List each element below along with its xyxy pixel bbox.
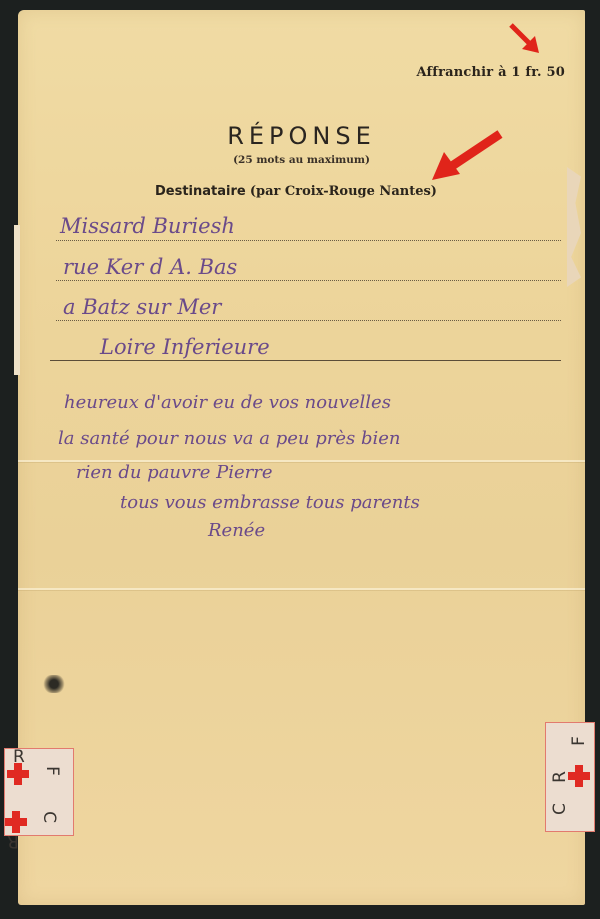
red-cross-icon <box>568 765 590 787</box>
recipient-label: Destinataire <box>155 184 246 199</box>
address-rule <box>56 240 561 241</box>
ink-stain <box>43 675 65 693</box>
torn-edge <box>14 225 20 375</box>
seal-letter: F <box>569 736 589 746</box>
recipient-note: (par Croix-Rouge Nantes) <box>250 184 437 199</box>
address-rule <box>56 280 561 281</box>
address-line: Loire Inferieure <box>100 335 270 359</box>
address-line: Missard Buriesh <box>60 214 235 238</box>
message-line: la santé pour nous va a peu près bien <box>58 428 400 449</box>
recipient-heading: Destinataire (par Croix-Rouge Nantes) <box>155 184 437 199</box>
seal-letter: R <box>13 747 25 767</box>
message-line: heureux d'avoir eu de vos nouvelles <box>64 392 391 413</box>
seal-letter: R <box>7 831 19 851</box>
seal-letter: C <box>39 811 59 823</box>
postage-note: Affranchir à 1 fr. 50 <box>416 65 565 80</box>
red-cross-seal-label: C R <box>4 787 74 836</box>
seal-letter: F <box>42 766 62 776</box>
red-cross-seal-label: R F <box>4 748 74 788</box>
fold-crease <box>18 588 585 590</box>
red-cross-seal-label: C R F <box>545 722 595 832</box>
address-rule <box>50 360 561 361</box>
address-rule <box>56 320 561 321</box>
message-line: tous vous embrasse tous parents <box>120 492 420 513</box>
signature: Renée <box>208 520 265 541</box>
red-cross-icon <box>5 811 27 833</box>
seal-letter: C <box>550 803 570 815</box>
message-line: rien du pauvre Pierre <box>76 462 273 483</box>
seal-letter: R <box>550 771 570 783</box>
address-line: rue Ker d A. Bas <box>63 255 237 279</box>
address-line: a Batz sur Mer <box>63 295 221 319</box>
